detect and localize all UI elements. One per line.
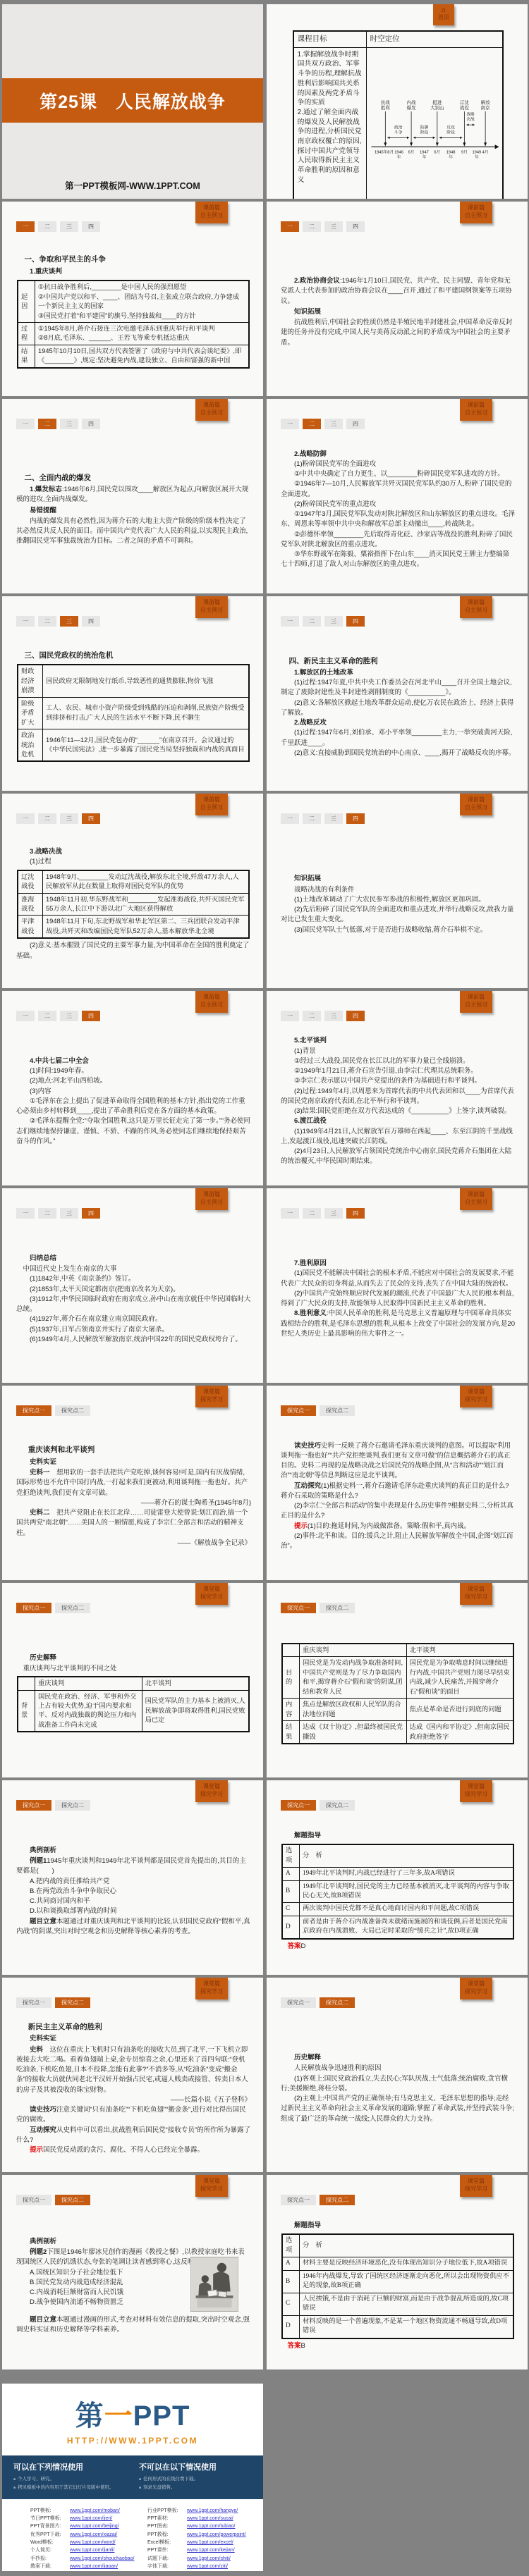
svg-text:1947: 1947 (420, 150, 429, 154)
section-tab-classroom[interactable]: 课堂篇探究学习 (460, 1978, 492, 1999)
bold-lead: 2.战略防御 (294, 450, 327, 458)
section-tab-line: 探究学习 (465, 1396, 487, 1404)
svg-text:年: 年 (449, 154, 453, 160)
column-header: 北平谈判 (406, 1644, 513, 1657)
option-item: A.国统区知识分子社会地位低下 (16, 2268, 188, 2278)
bold-lead: 8.胜利意义 (294, 1309, 327, 1317)
section-tab-classroom[interactable]: 课堂篇探究学习 (195, 1780, 228, 1802)
svg-text:斗争: 斗争 (394, 129, 403, 135)
paragraph: ②1949年1月21日,蒋介石宣告引退,由李宗仁代理其总统职务。 (281, 1066, 516, 1076)
row-label: 结果 (18, 345, 35, 367)
bold-lead: 史料一 (30, 1469, 50, 1477)
option-letter: A (282, 1868, 300, 1880)
option-item: C.内战消耗巨额财富而人民饥饿 (16, 2288, 188, 2298)
row-label: 过程 (18, 323, 35, 345)
tab-探究点一[interactable]: 探究点一 (16, 1800, 51, 1811)
tab-四[interactable]: 四 (346, 1208, 365, 1219)
analysis-text: 1949年北平谈判时,内战已经进行了三年多,故A项错误 (300, 1868, 513, 1880)
tab-探究点二[interactable]: 探究点二 (55, 1405, 90, 1416)
table-cell-line: ②中国共产党以和平、____、团结为号召,主张成立联合政府,力争建成一个新民主主… (38, 292, 245, 312)
tab-二[interactable]: 二 (38, 419, 56, 429)
slide-content: 典例剖析例题11945年重庆谈判和1949年北平谈判都是国民党首先提出的,其目的… (2, 1811, 263, 1975)
tab-二[interactable]: 二 (38, 616, 56, 627)
slide-thumbnail-23: 课堂篇探究学习探究点一探究点二典例剖析例题2下图是1946年廖冰兄创作的漫画《教… (2, 2175, 263, 2369)
svg-text:1946: 1946 (394, 150, 403, 154)
tab-三[interactable]: 三 (324, 221, 343, 232)
section-tab-classroom[interactable]: 课堂篇探究学习 (460, 1386, 492, 1407)
tab-探究点一[interactable]: 探究点一 (16, 1405, 51, 1416)
row-label: 平津战役 (18, 916, 43, 938)
slide-content: 历史解释人民解放战争迅速胜利的原因(1)客观上:国民党政治孤立,失去民心;军队厌… (267, 2008, 528, 2172)
slide-thumbnail-7: 课前篇自主预习一二三四三、国民党政权的统治危机财政经济崩溃国民政府无限制地发行纸… (2, 596, 263, 791)
footer-link-row: 优秀PPT下载:www.1ppt.com/xiazai/ (30, 2531, 139, 2539)
section-tab-preview[interactable]: 课前篇自主预习 (460, 202, 492, 223)
section-heading: 四、新民主主义革命的胜利 (281, 656, 516, 667)
section-tab-line: 课前篇 (200, 204, 223, 212)
svg-text:年: 年 (475, 154, 479, 160)
tab-三[interactable]: 三 (324, 616, 343, 627)
footer-link[interactable]: www.1ppt.com/sucai/ (187, 2515, 233, 2522)
footer-link[interactable]: www.1ppt.com/hangye/ (187, 2507, 238, 2515)
paragraph: (2)地点:河北平山西柏坡。 (16, 1076, 251, 1086)
section-tab-line: 自主预习 (200, 804, 223, 812)
footer-link-label: PPT课件: (147, 2546, 187, 2554)
tab-四[interactable]: 四 (346, 813, 365, 824)
tab-探究点一[interactable]: 探究点一 (281, 1603, 316, 1613)
tab-探究点一[interactable]: 探究点一 (16, 2195, 51, 2205)
svg-text:反攻: 反攻 (446, 124, 455, 130)
tab-三[interactable]: 三 (324, 1208, 343, 1219)
paragraph: 1.爆发标志:1946年6月,国民党以围攻____解放区为起点,向解放区展开大规… (16, 485, 251, 505)
tab-探究点一[interactable]: 探究点一 (281, 1405, 316, 1416)
bold-lead: 史料二 (30, 1509, 50, 1517)
column-header: 北平谈判 (142, 1677, 249, 1690)
tab-一[interactable]: 一 (281, 221, 299, 232)
subheading: 历史解释 (281, 2053, 516, 2063)
bold-lead: 题目立意 (30, 1918, 56, 1925)
tab-探究点二[interactable]: 探究点二 (320, 1997, 355, 2008)
tab-探究点一[interactable]: 探究点一 (16, 1997, 51, 2008)
footer-link[interactable]: www.1ppt.com/ziti/ (187, 2563, 228, 2570)
section-heading: 三、国民党政权的统治危机 (16, 651, 251, 662)
section-tab-classroom[interactable]: 课堂篇探究学习 (195, 2175, 228, 2197)
row-content: 1948年11月初,华东野战军和________发起淮海战役,共歼灭国民党军55… (43, 893, 249, 916)
paragraph: (1)过程:1947年夏,中共中央工作委员会在河北平山____召开全国土地会议,… (281, 678, 516, 698)
section-tab-line: 自主预习 (465, 409, 487, 417)
option-item: B.国民党发动内战造成经济混乱 (16, 2278, 188, 2288)
section-tab-classroom[interactable]: 课堂篇探究学习 (195, 1386, 228, 1407)
tab-探究点二[interactable]: 探究点二 (320, 1603, 355, 1613)
tab-一[interactable]: 一 (16, 1011, 35, 1021)
footer-link-label: 教案下载: (30, 2563, 70, 2570)
tab-二[interactable]: 二 (303, 1208, 321, 1219)
tab-一[interactable]: 一 (281, 813, 299, 824)
timespace-cell: 抗战胜利内战爆发挺进大别山辽沈战役解放南京政治斗争防御阶段反攻阶段战略决战194… (366, 47, 503, 199)
tab-探究点二[interactable]: 探究点二 (320, 1800, 355, 1811)
section-tab-classroom[interactable]: 课堂篇探究学习 (460, 2175, 492, 2197)
paragraph: 重庆谈判与北平谈判的不同之处 (16, 1664, 251, 1674)
table-row: 起因①抗日战争胜利后,________是中国人民的强烈愿望②中国共产党以和平、_… (18, 281, 249, 322)
column-header: 选项 (282, 1844, 300, 1867)
row-label: 结果 (282, 1721, 300, 1744)
tab-一[interactable]: 一 (16, 813, 35, 824)
subheading: 典例剖析 (16, 1846, 251, 1856)
table-header-row: 选项分 析 (282, 1844, 513, 1867)
tab-一[interactable]: 一 (16, 616, 35, 627)
footer-link-row: 字体下载:www.1ppt.com/ziti/ (147, 2563, 256, 2570)
paragraph: 8.胜利意义:中国人民革命的胜利,是马克思主义普遍原理与中国革命具体实践相结合的… (281, 1309, 516, 1339)
footer-link[interactable]: www.1ppt.com/word/ (70, 2539, 116, 2546)
usage-item: 任何形式的在线付费下载。 (139, 2475, 252, 2484)
section-tab-line: 课前篇 (200, 994, 223, 1002)
tab-三[interactable]: 三 (60, 1011, 78, 1021)
footer-link-label: PPT模板: (30, 2507, 70, 2515)
footer-link-row: PPT背景图片:www.1ppt.com/beijing/ (30, 2522, 139, 2530)
table-row: 过程①1945年8月,蒋介石接连三次电邀毛泽东到重庆举行和平谈判②8月底,毛泽东… (18, 323, 249, 345)
svg-text:年: 年 (422, 154, 426, 160)
footer-links-left: PPT模板:www.1ppt.com/moban/节日PPT模板:www.1pp… (30, 2507, 139, 2571)
section-tab-classroom[interactable]: 课堂篇探究学习 (460, 1583, 492, 1605)
tab-三[interactable]: 三 (60, 221, 78, 232)
tab-四[interactable]: 四 (82, 813, 100, 824)
paragraph: 题目立意本题通过漫画的形式,考查对材料有效信息的提取,突出时空观念,强调史料实证… (16, 2315, 251, 2336)
paragraph: (2)1853年,太平天国定都南京(把南京改名为天京)。 (16, 1285, 251, 1295)
section-tab-preview[interactable]: 课前篇自主预习 (460, 399, 492, 421)
subheading: 史料实证 (16, 1458, 251, 1467)
tab-一[interactable]: 一 (281, 616, 299, 627)
svg-text:战略: 战略 (466, 111, 475, 117)
svg-text:阶段: 阶段 (420, 129, 428, 135)
paragraph: 3.战略决战 (16, 847, 251, 857)
section-tab-line: 自主预习 (200, 607, 223, 615)
column-header: 重庆谈判 (35, 1677, 142, 1690)
table-cell-line: 1946年11—12月,国民党包办的“______”在南京召开。会议通过的《中华… (46, 736, 245, 755)
paragraph: (2)中国共产党始终顺应时代发展的潮流,代表了中国最广大人民的根本利益,得到了广… (281, 1289, 516, 1309)
usage-item: 个人学习、研究。 (13, 2475, 126, 2484)
tab-一[interactable]: 一 (281, 1011, 299, 1021)
slide-thumbnail-20: 课堂篇探究学习探究点一探究点二解题指导选项分 析A1949年北平谈判时,内战已经… (267, 1780, 528, 1975)
table-cell-line: 国民政府无限制地发行纸币,导致恶性的通货膨胀,物价飞涨 (46, 677, 245, 686)
analysis-text: 材料主要是反映经济环境恶化,没有体现出知识分子地位低下,故A项错误 (300, 2257, 513, 2270)
section-tab-preview[interactable]: 课前篇自主预习 (195, 596, 228, 618)
row-content: 工人、农民、城市小资产阶级受到残酷的压迫和剥削,民族资产阶级受到排挤和打击,广大… (43, 697, 249, 729)
option-letter: A (282, 2257, 300, 2270)
paragraph: ③李宗仁表示愿以中国共产党提出的条件为基础进行和平谈判。 (281, 1076, 516, 1086)
tab-二[interactable]: 二 (38, 221, 56, 232)
table-row: 1.掌握解放战争时期国共双方政治、军事斗争的历程,理解抗战胜利后影响国共关系的因… (293, 47, 504, 199)
tab-三[interactable]: 三 (324, 1011, 343, 1021)
row-content: 国民政府无限制地发行纸币,导致恶性的通货膨胀,物价飞涨 (43, 665, 249, 697)
section-tab-classroom[interactable]: 课堂篇探究学习 (195, 1978, 228, 1999)
option-letter: B (282, 2270, 300, 2293)
tab-探究点二[interactable]: 探究点二 (320, 1405, 355, 1416)
paragraph: (2)事件:北平和谈。目的:缓兵之计,阻止人民解放军解放全中国,企图“划江而治”… (281, 1532, 516, 1552)
row-content: 国民党在政治、经济、军事和外交上占有较大优势,迫于国内要求和平、反对内战独裁的舆… (35, 1690, 142, 1732)
paragraph: 史料二 把共产党阻止在长江北岸……司徒雷登大使曾说:划江而治,搞一个国共两党“南… (16, 1508, 251, 1539)
logo-ppt: PPT (133, 2401, 190, 2432)
tab-探究点二[interactable]: 探究点二 (55, 1603, 90, 1613)
subheading: 知识拓展 (281, 307, 516, 317)
tab-一[interactable]: 一 (16, 221, 35, 232)
footer-link-label: PPT素材: (147, 2515, 187, 2522)
paragraph: (1)土地改革调动了广大农民参军参战的积极性,解放区更加巩固。 (281, 895, 516, 905)
footer-link-label: 字体下载: (147, 2563, 187, 2570)
table-header-row: 重庆谈判北平谈判 (18, 1677, 249, 1690)
slide-content: 4.中共七届二中全会(1)时间:1949年春。(2)地点:河北平山西柏坡。(3)… (2, 1021, 263, 1185)
section-tab-line: 课前篇 (465, 402, 487, 409)
site-url-link[interactable]: HTTP://WWW.1PPT.COM (2, 2436, 263, 2446)
slide-content: 5.北平谈判(1)背景①经过三大战役,国民党在长江以北的军事力量已全线崩溃。②1… (267, 1021, 528, 1185)
tab-一[interactable]: 一 (281, 419, 299, 429)
paragraph: 史料一 想用软的一套手法把共产党吃掉,谈何容易!可是,国内有厌战情绪,国际形势也… (16, 1468, 251, 1498)
slide-content: 新民主主义革命的胜利史料实证史料 这位在重庆上飞机时只有油条吃的接收大员,到了北… (2, 2008, 263, 2172)
slide-preview-grid: 第25课 人民解放战争第一PPT模板网-WWW.1PPT.COM⌂首页课程目标时… (0, 0, 529, 2369)
bold-lead: 互动探究 (30, 2126, 56, 2134)
info-table: 辽沈战役1948年9月,________发动辽沈战役,解放东北全境,歼敌47万余… (17, 870, 250, 939)
bold-lead: 例题1 (30, 1857, 47, 1865)
tab-探究点二[interactable]: 探究点二 (320, 2195, 355, 2205)
section-tab-preview[interactable]: 课前篇自主预习 (195, 794, 228, 815)
home-tab[interactable]: ⌂首页 (433, 4, 454, 25)
slide-thumbnail-22: 课堂篇探究学习探究点一探究点二历史解释人民解放战争迅速胜利的原因(1)客观上:国… (267, 1978, 528, 2172)
slide-content: 重庆谈判和北平谈判史料实证史料一 想用软的一套手法把共产党吃掉,谈何容易!可是,… (2, 1416, 263, 1580)
tab-四[interactable]: 四 (82, 221, 100, 232)
tab-三[interactable]: 三 (324, 419, 343, 429)
paragraph: (2)4月23日,人民解放军占领国民党统治中心南京,国民党蒋介石集团在大陆的统治… (281, 1147, 516, 1167)
section-tab-line: 课堂篇 (200, 1783, 223, 1791)
section-tab-preview[interactable]: 课前篇自主预习 (195, 399, 228, 421)
paragraph: (1)粉碎国民党军的全面进攻 (281, 460, 516, 469)
tab-四[interactable]: 四 (82, 419, 100, 429)
section-tab-line: 课前篇 (465, 994, 487, 1002)
tab-一[interactable]: 一 (16, 419, 35, 429)
options-list: A.把内战的责任推给共产党B.在两党政治斗争中争取民心C.共同商讨国内和平D.以… (16, 1877, 251, 1917)
svg-text:大别山: 大别山 (430, 104, 444, 111)
tab-三[interactable]: 三 (60, 419, 78, 429)
tab-四[interactable]: 四 (346, 419, 365, 429)
table-cell-line: ①1945年8月,蒋介石接连三次电邀毛泽东到重庆举行和平谈判 (38, 324, 245, 333)
slide-content: 7.胜利原因(1)国民党不能解决中国社会的根本矛盾,不能应对中国社会的发展要求,… (267, 1219, 528, 1383)
section-tab-line: 探究学习 (200, 1594, 223, 1601)
paragraph: 答案B (281, 2341, 516, 2351)
paragraph: (1)过程 (16, 857, 251, 867)
paragraph: (3)1912年,中华民国临时政府在南京成立,孙中山在南京就任中华民国临时大总统… (16, 1295, 251, 1315)
usage-item: 拷贝模板中的内容用于其它幻灯片母版中使用。 (13, 2484, 126, 2492)
section-tab-line: 课前篇 (200, 599, 223, 607)
tab-二[interactable]: 二 (303, 813, 321, 824)
footer-link-label: 节日PPT模板: (30, 2515, 70, 2522)
footer-link[interactable]: www.1ppt.com/powerpoint/ (187, 2531, 246, 2539)
tab-探究点一[interactable]: 探究点一 (281, 1800, 316, 1811)
footer-link[interactable]: www.1ppt.com/moban/ (70, 2507, 120, 2515)
tab-三[interactable]: 三 (324, 813, 343, 824)
tab-四[interactable]: 四 (82, 1011, 100, 1021)
tab-三[interactable]: 三 (60, 1208, 78, 1219)
footer-link[interactable]: www.1ppt.com/shiti/ (187, 2555, 231, 2563)
section-tab-line: 自主预习 (465, 1002, 487, 1009)
tab-一[interactable]: 一 (281, 1208, 299, 1219)
section-tab-line: 课前篇 (465, 1191, 487, 1199)
tab-四[interactable]: 四 (346, 1011, 365, 1021)
tab-一[interactable]: 一 (16, 1208, 35, 1219)
paragraph: 1.解放区的土地改革 (281, 668, 516, 678)
svg-text:阶段: 阶段 (446, 129, 455, 135)
paragraph: 内战的爆发具有必然性,因为蒋介石的大地主大资产阶级的阶级本性决定了其必然反共反人… (16, 517, 251, 547)
row-content: 国民党是为争取喘息时间以继续进行内战,中国共产党则力图尽早结束内战,减少人民痛苦… (406, 1657, 513, 1699)
tab-二[interactable]: 二 (303, 221, 321, 232)
section-tab-preview[interactable]: 课前篇自主预习 (460, 794, 492, 815)
section-tab-line: 探究学习 (200, 2186, 223, 2193)
section-tab-line: 课堂篇 (200, 1388, 223, 1396)
slide-thumbnail-13: 课前篇自主预习一二三四归纳总结中国近代史上发生在南京的大事(1)1842年,中英… (2, 1188, 263, 1383)
footer-link[interactable]: www.1ppt.com/kejian/ (187, 2546, 235, 2554)
section-heading: 二、全面内战的爆发 (16, 473, 251, 484)
footer-link[interactable]: www.1ppt.com/jianli/ (70, 2546, 114, 2554)
question-image (190, 2257, 238, 2315)
paragraph: (5)1937年,日军占领南京并实行了南京大屠杀。 (16, 1325, 251, 1335)
site-logo: 第一PPT (2, 2402, 263, 2430)
slide-content: 解题指导选项分 析A材料主要是反映经济环境恶化,没有体现出知识分子地位低下,故A… (267, 2205, 528, 2369)
footer-link[interactable]: www.1ppt.com/tubiao/ (187, 2522, 235, 2530)
paragraph: (3)国民党军队士气低落,对于是否进行战略收缩,蒋介石举棋不定。 (281, 925, 516, 935)
row-label: 背景 (18, 1690, 35, 1732)
bold-lead: 题目立意 (30, 2316, 56, 2324)
slide-content: 历史解释重庆谈判与北平谈判的不同之处重庆谈判北平谈判背景国民党在政治、经济、军事… (2, 1613, 263, 1777)
disallowed-usage-column: 不可以在以下情况使用 任何形式的在线付费下载。刻录光盘销售。 (139, 2461, 252, 2493)
subheading: 解题指导 (281, 1831, 516, 1841)
footer-link[interactable]: www.1ppt.com/shouchaobao/ (70, 2555, 134, 2563)
footer-link-row: PPT图表:www.1ppt.com/tubiao/ (147, 2522, 256, 2530)
section-tab-classroom[interactable]: 课堂篇探究学习 (195, 1583, 228, 1605)
footer-link[interactable]: www.1ppt.com/beijing/ (70, 2522, 119, 2530)
footer-link-row: 手抄报:www.1ppt.com/shouchaobao/ (30, 2555, 139, 2563)
bold-lead: 读史技巧 (30, 2106, 56, 2114)
option-item: A.把内战的责任推给共产党 (16, 1877, 251, 1887)
footer-link[interactable]: www.1ppt.com/excel/ (187, 2539, 233, 2546)
footer-link-row: PPT模板:www.1ppt.com/moban/ (30, 2507, 139, 2515)
tab-二[interactable]: 二 (303, 616, 321, 627)
row-content: 1948年9月,________发动辽沈战役,解放东北全境,歼敌47万余人,人民… (43, 870, 249, 893)
svg-text:南京: 南京 (480, 104, 490, 111)
info-table: 起因①抗日战争胜利后,________是中国人民的强烈愿望②中国共产党以和平、_… (17, 280, 250, 369)
subheading: 知识拓展 (281, 874, 516, 884)
footer-link[interactable]: www.1ppt.com/jieri/ (70, 2515, 112, 2522)
option-letter: C (282, 1903, 300, 1916)
section-tab-preview[interactable]: 课前篇自主预习 (195, 991, 228, 1013)
slide-content: 解题指导选项分 析A1949年北平谈判时,内战已经进行了三年多,故A项错误B19… (267, 1811, 528, 1975)
allowed-usage-column: 可以在下列情况使用 个人学习、研究。拷贝模板中的内容用于其它幻灯片母版中使用。 (13, 2461, 126, 2493)
paragraph: 5.北平谈判 (281, 1036, 516, 1046)
table-cell-line: ①抗日战争胜利后,________是中国人民的强烈愿望 (38, 283, 245, 292)
table-row: 内容焦点是解放区政权和人民军队的合法地位问题焦点是革命是否进行到底的问题 (282, 1699, 513, 1721)
tab-探究点二[interactable]: 探究点二 (55, 1997, 90, 2008)
section-tab-preview[interactable]: 课前篇自主预习 (195, 202, 228, 223)
section-tab-preview[interactable]: 课前篇自主预习 (460, 596, 492, 618)
section-tab-line: 探究学习 (465, 2186, 487, 2193)
section-tab-classroom[interactable]: 课堂篇探究学习 (460, 1780, 492, 1802)
slide-thumbnail-4: 课前篇自主预习一二三四2.政治协商会议:1946年1月10日,国民党、共产党、民… (267, 202, 528, 396)
section-tab-line: 探究学习 (465, 1594, 487, 1601)
paragraph: (2)意义:各解放区掀起土地改革群众运动,使亿万农民在政治上、经济上获得了解放。 (281, 698, 516, 719)
paragraph: (2)过程:1949年4月,以周恩来为首席代表的中共代表团和以____为首席代表… (281, 1087, 516, 1107)
tab-二[interactable]: 二 (38, 1011, 56, 1021)
bold-lead: 7.胜利原因 (294, 1259, 327, 1267)
tab-四[interactable]: 四 (346, 616, 365, 627)
tab-二[interactable]: 二 (38, 1208, 56, 1219)
column-header (18, 1677, 35, 1690)
tab-二[interactable]: 二 (303, 419, 321, 429)
paragraph: ②毛泽东提醒全党:“夺取全国胜利,这只是万里长征走完了第一步。”“务必使同志们继… (16, 1116, 251, 1147)
table-row: 辽沈战役1948年9月,________发动辽沈战役,解放东北全境,歼敌47万余… (18, 870, 249, 893)
section-tab-preview[interactable]: 课前篇自主预习 (460, 1188, 492, 1210)
footer-link[interactable]: www.1ppt.com/xiazai/ (70, 2531, 117, 2539)
paragraph: (2)先后粉碎了国民党军队的全面进攻和重点进攻,并举行战略反攻,敌我力量对比已发… (281, 905, 516, 925)
tab-探究点一[interactable]: 探究点一 (16, 1603, 51, 1613)
paragraph: (1)国民党不能解决中国社会的根本矛盾,不能应对中国社会的发展要求,不能代表广大… (281, 1269, 516, 1289)
svg-text:内战: 内战 (406, 99, 415, 105)
section-tab-preview[interactable]: 课前篇自主预习 (195, 1188, 228, 1210)
slide-content: 二、全面内战的爆发1.爆发标志:1946年6月,国民党以围攻____解放区为起点… (2, 429, 263, 593)
tab-二[interactable]: 二 (303, 1011, 321, 1021)
analysis-text: 1946年内战爆发,导致了国统区经济逐渐走向恶化,所以会出现物资供应不足的现象,… (300, 2270, 513, 2293)
section-tab-line: 自主预习 (200, 409, 223, 417)
tab-四[interactable]: 四 (346, 221, 365, 232)
footer-link-label: Excel模板: (147, 2539, 187, 2546)
cartoon-professors-meal-image (190, 2257, 238, 2312)
footer-link-label: PPT图表: (147, 2522, 187, 2530)
row-content: 1948年11月下旬,东北野战军和华北军区第二、三兵团联合发动平津战役,共歼灭和… (43, 916, 249, 938)
paragraph: 答案D (281, 1942, 516, 1952)
footer-link-label: 个人简历: (30, 2546, 70, 2554)
tab-探究点一[interactable]: 探究点一 (281, 1997, 316, 2008)
footer-link-label: PPT背景图片: (30, 2522, 70, 2530)
paragraph: (3)结果:国民党拒绝在双方代表达成的《__________》上签字,谈判破裂。 (281, 1107, 516, 1116)
section-tab-line: 课堂篇 (465, 1586, 487, 1594)
lesson-title: 第25课 人民解放战争 (39, 88, 226, 113)
paragraph: (2)意义:基本摧毁了国民党的主要军事力量,为中国革命在全国的胜利奠定了基础。 (16, 941, 251, 961)
tab-三[interactable]: 三 (60, 813, 78, 824)
paragraph: ——蒋介石的谋士陶希圣(1945年8月) (16, 1498, 251, 1508)
paragraph: 互动探究(1)根据史料一,蒋介石邀请毛泽东赴重庆谈判的真正目的是什么?蒋介石采取… (281, 1481, 516, 1502)
allowed-usage-list: 个人学习、研究。拷贝模板中的内容用于其它幻灯片母版中使用。 (13, 2475, 126, 2493)
analysis-table: 选项分 析A1949年北平谈判时,内战已经进行了三年多,故A项错误B1949年北… (281, 1844, 514, 1940)
slide-thumbnail-14: 课前篇自主预习一二三四7.胜利原因(1)国民党不能解决中国社会的根本矛盾,不能应… (267, 1188, 528, 1383)
tab-探究点一[interactable]: 探究点一 (281, 2195, 316, 2205)
svg-text:6月: 6月 (434, 149, 440, 154)
tab-探究点二[interactable]: 探究点二 (55, 1800, 90, 1811)
row-label: 起因 (18, 281, 35, 322)
footer-link-label: 手抄报: (30, 2555, 70, 2563)
column-header: 分 析 (300, 2234, 513, 2257)
tab-四[interactable]: 四 (82, 1208, 100, 1219)
subheading: 史料实证 (16, 2034, 251, 2044)
section-tab-line: 课堂篇 (465, 1980, 487, 1988)
tab-二[interactable]: 二 (38, 813, 56, 824)
disallowed-usage-list: 任何形式的在线付费下载。刻录光盘销售。 (139, 2475, 252, 2493)
option-item: B.在两党政治斗争中争取民心 (16, 1887, 251, 1897)
paragraph: 2.战略防御 (281, 450, 516, 460)
red-label: 答案 (288, 1942, 301, 1950)
section-tab-preview[interactable]: 课前篇自主预习 (460, 991, 492, 1013)
slide-thumbnail-24: 课堂篇探究学习探究点一探究点二解题指导选项分 析A材料主要是反映经济环境恶化,没… (267, 2175, 528, 2369)
option-letter: D (282, 1916, 300, 1938)
tab-探究点二[interactable]: 探究点二 (55, 2195, 90, 2205)
tab-四[interactable]: 四 (82, 616, 100, 627)
row-label: 内容 (282, 1699, 300, 1721)
info-table: 财政经济崩溃国民政府无限制地发行纸币,导致恶性的通货膨胀,物价飞涨阶级矛盾扩大工… (17, 664, 250, 762)
tab-三[interactable]: 三 (60, 616, 78, 627)
footer-link[interactable]: www.1ppt.com/jiaoan/ (70, 2563, 118, 2570)
